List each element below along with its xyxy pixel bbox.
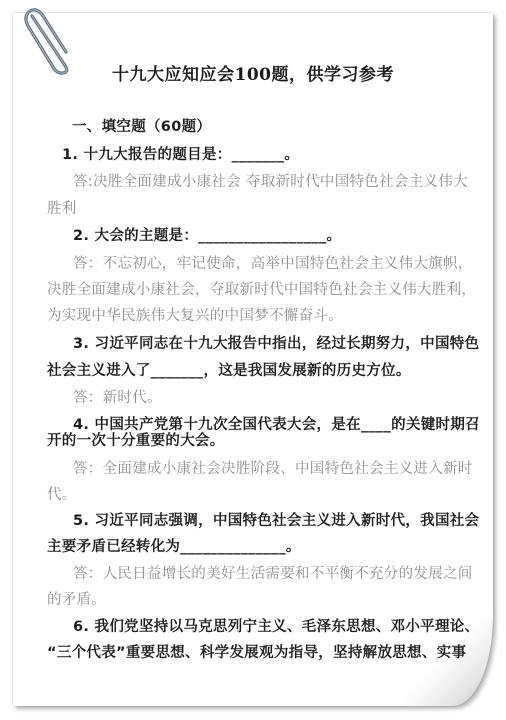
answer-2-line-3: 为实现中华民族伟大复兴的中国梦不懈奋斗。 (47, 306, 343, 326)
section-heading: 一、填空题（60题） (72, 117, 211, 137)
answer-1-line-1: 答:决胜全面建成小康社会 夺取新时代中国特色社会主义伟大 (73, 172, 468, 192)
question-3-line-1: 3. 习近平同志在十九大报告中指出，经过长期努力，中国特色 (73, 334, 479, 354)
answer-5-line-2: 的矛盾。 (47, 590, 106, 610)
question-6-line-2: “三个代表”重要思想、科学发展观为指导，坚持解放思想、实事 (47, 643, 466, 663)
answer-5-line-1: 答：人民日益增长的美好生活需要和不平衡不充分的发展之间 (73, 564, 473, 584)
answer-2-line-1: 答：不忘初心，牢记使命，高举中国特色社会主义伟大旗帜， (73, 254, 473, 274)
question-5-line-2: 主要矛盾已经转化为______________。 (47, 537, 301, 557)
question-1-line-1: 1. 十九大报告的题目是：_______。 (62, 145, 299, 165)
question-3-line-2: 社会主义进入了_______，这是我国发展新的历史方位。 (47, 361, 411, 381)
answer-4-line-2: 代。 (47, 485, 77, 505)
answer-3-line-1: 答：新时代。 (73, 388, 162, 408)
question-5-line-1: 5. 习近平同志强调，中国特色社会主义进入新时代，我国社会 (73, 511, 479, 531)
question-4-line-2: 开的一次十分重要的大会。 (47, 431, 225, 451)
answer-1-line-2: 胜利 (47, 199, 77, 219)
document-title: 十九大应知应会100题，供学习参考 (0, 60, 506, 85)
question-6-line-1: 6. 我们党坚持以马克思列宁主义、毛泽东思想、邓小平理论、 (73, 617, 479, 637)
answer-4-line-1: 答：全面建成小康社会决胜阶段、中国特色社会主义进入新时 (73, 459, 473, 479)
answer-2-line-2: 决胜全面建成小康社会，夺取新时代中国特色社会主义伟大胜利， (47, 280, 476, 300)
question-2-line-1: 2. 大会的主题是：_________________。 (73, 226, 341, 246)
